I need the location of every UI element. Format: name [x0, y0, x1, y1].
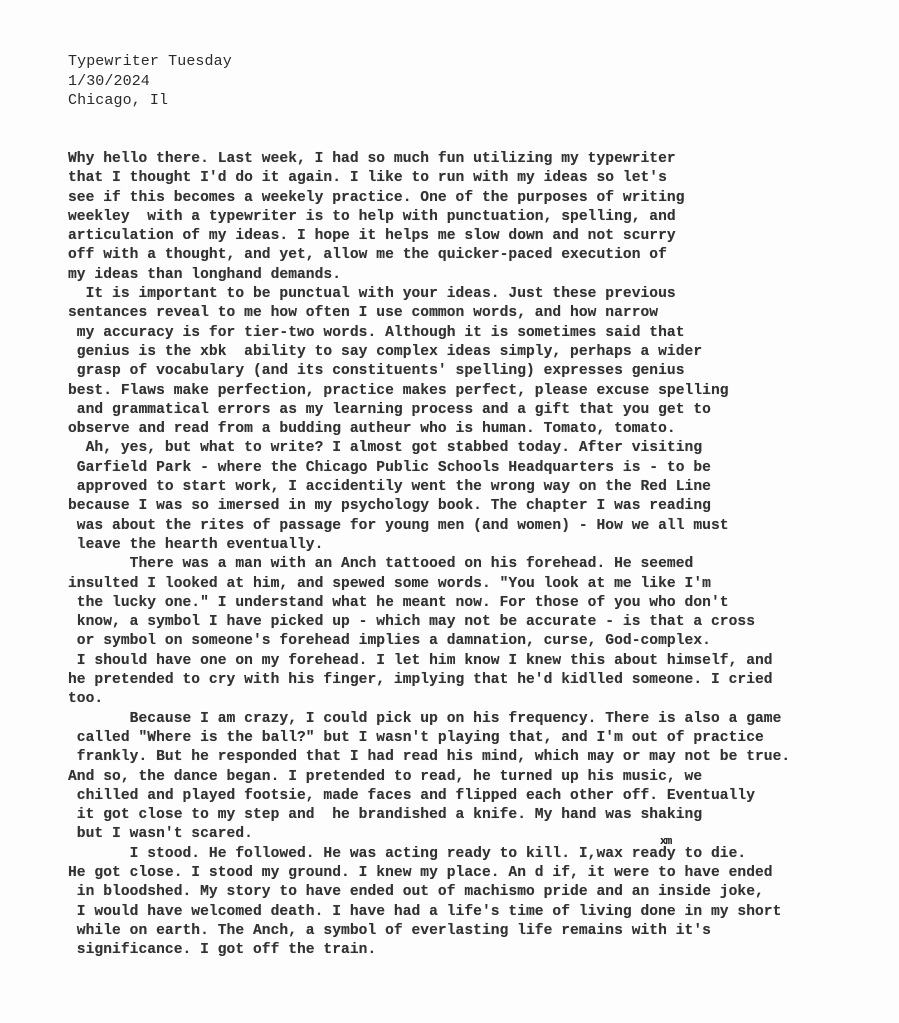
- text-line: approved to start work, I accidentily we…: [68, 478, 790, 497]
- text-line: genius is the xbk ability to say complex…: [68, 343, 790, 362]
- document-body: Why hello there. Last week, I had so muc…: [68, 150, 790, 960]
- text-line: significance. I got off the train.: [68, 941, 790, 960]
- text-line: leave the hearth eventually.: [68, 536, 790, 555]
- text-line: I stood. He followed. He was acting read…: [68, 845, 790, 864]
- text-line: observe and read from a budding autheur …: [68, 420, 790, 439]
- typewritten-page: Typewriter Tuesday 1/30/2024 Chicago, Il…: [0, 0, 899, 1023]
- text-line: frankly. But he responded that I had rea…: [68, 748, 790, 767]
- text-line: It is important to be punctual with your…: [68, 285, 790, 304]
- document-title: Typewriter Tuesday: [68, 52, 232, 72]
- text-line: and grammatical errors as my learning pr…: [68, 401, 790, 420]
- text-line: articulation of my ideas. I hope it help…: [68, 227, 790, 246]
- text-line: but I wasn't scared.: [68, 825, 790, 844]
- text-line: in bloodshed. My story to have ended out…: [68, 883, 790, 902]
- text-line: off with a thought, and yet, allow me th…: [68, 246, 790, 265]
- text-line: the lucky one." I understand what he mea…: [68, 594, 790, 613]
- document-date: 1/30/2024: [68, 72, 232, 92]
- text-line: while on earth. The Anch, a symbol of ev…: [68, 922, 790, 941]
- text-line: that I thought I'd do it again. I like t…: [68, 169, 790, 188]
- text-line: Because I am crazy, I could pick up on h…: [68, 710, 790, 729]
- text-line: weekley with a typewriter is to help wit…: [68, 208, 790, 227]
- text-line: my accuracy is for tier-two words. Altho…: [68, 324, 790, 343]
- text-line: because I was so imersed in my psycholog…: [68, 497, 790, 516]
- text-line: Garfield Park - where the Chicago Public…: [68, 459, 790, 478]
- text-line: know, a symbol I have picked up - which …: [68, 613, 790, 632]
- text-line: There was a man with an Anch tattooed on…: [68, 555, 790, 574]
- document-location: Chicago, Il: [68, 91, 232, 111]
- text-line: I should have one on my forehead. I let …: [68, 652, 790, 671]
- text-line: see if this becomes a weekely practice. …: [68, 189, 790, 208]
- text-line: Ah, yes, but what to write? I almost got…: [68, 439, 790, 458]
- text-line: best. Flaws make perfection, practice ma…: [68, 382, 790, 401]
- page-header: Typewriter Tuesday 1/30/2024 Chicago, Il: [68, 52, 232, 111]
- text-line: Why hello there. Last week, I had so muc…: [68, 150, 790, 169]
- text-line: And so, the dance began. I pretended to …: [68, 768, 790, 787]
- text-line: or symbol on someone's forehead implies …: [68, 632, 790, 651]
- text-line: He got close. I stood my ground. I knew …: [68, 864, 790, 883]
- text-line: too.: [68, 690, 790, 709]
- text-line: grasp of vocabulary (and its constituent…: [68, 362, 790, 381]
- text-line: sentances reveal to me how often I use c…: [68, 304, 790, 323]
- text-line: I would have welcomed death. I have had …: [68, 903, 790, 922]
- text-line: he pretended to cry with his finger, imp…: [68, 671, 790, 690]
- text-line: called "Where is the ball?" but I wasn't…: [68, 729, 790, 748]
- text-line: chilled and played footsie, made faces a…: [68, 787, 790, 806]
- text-line: insulted I looked at him, and spewed som…: [68, 575, 790, 594]
- text-line: was about the rites of passage for young…: [68, 517, 790, 536]
- text-line: my ideas than longhand demands.: [68, 266, 790, 285]
- text-line: it got close to my step and he brandishe…: [68, 806, 790, 825]
